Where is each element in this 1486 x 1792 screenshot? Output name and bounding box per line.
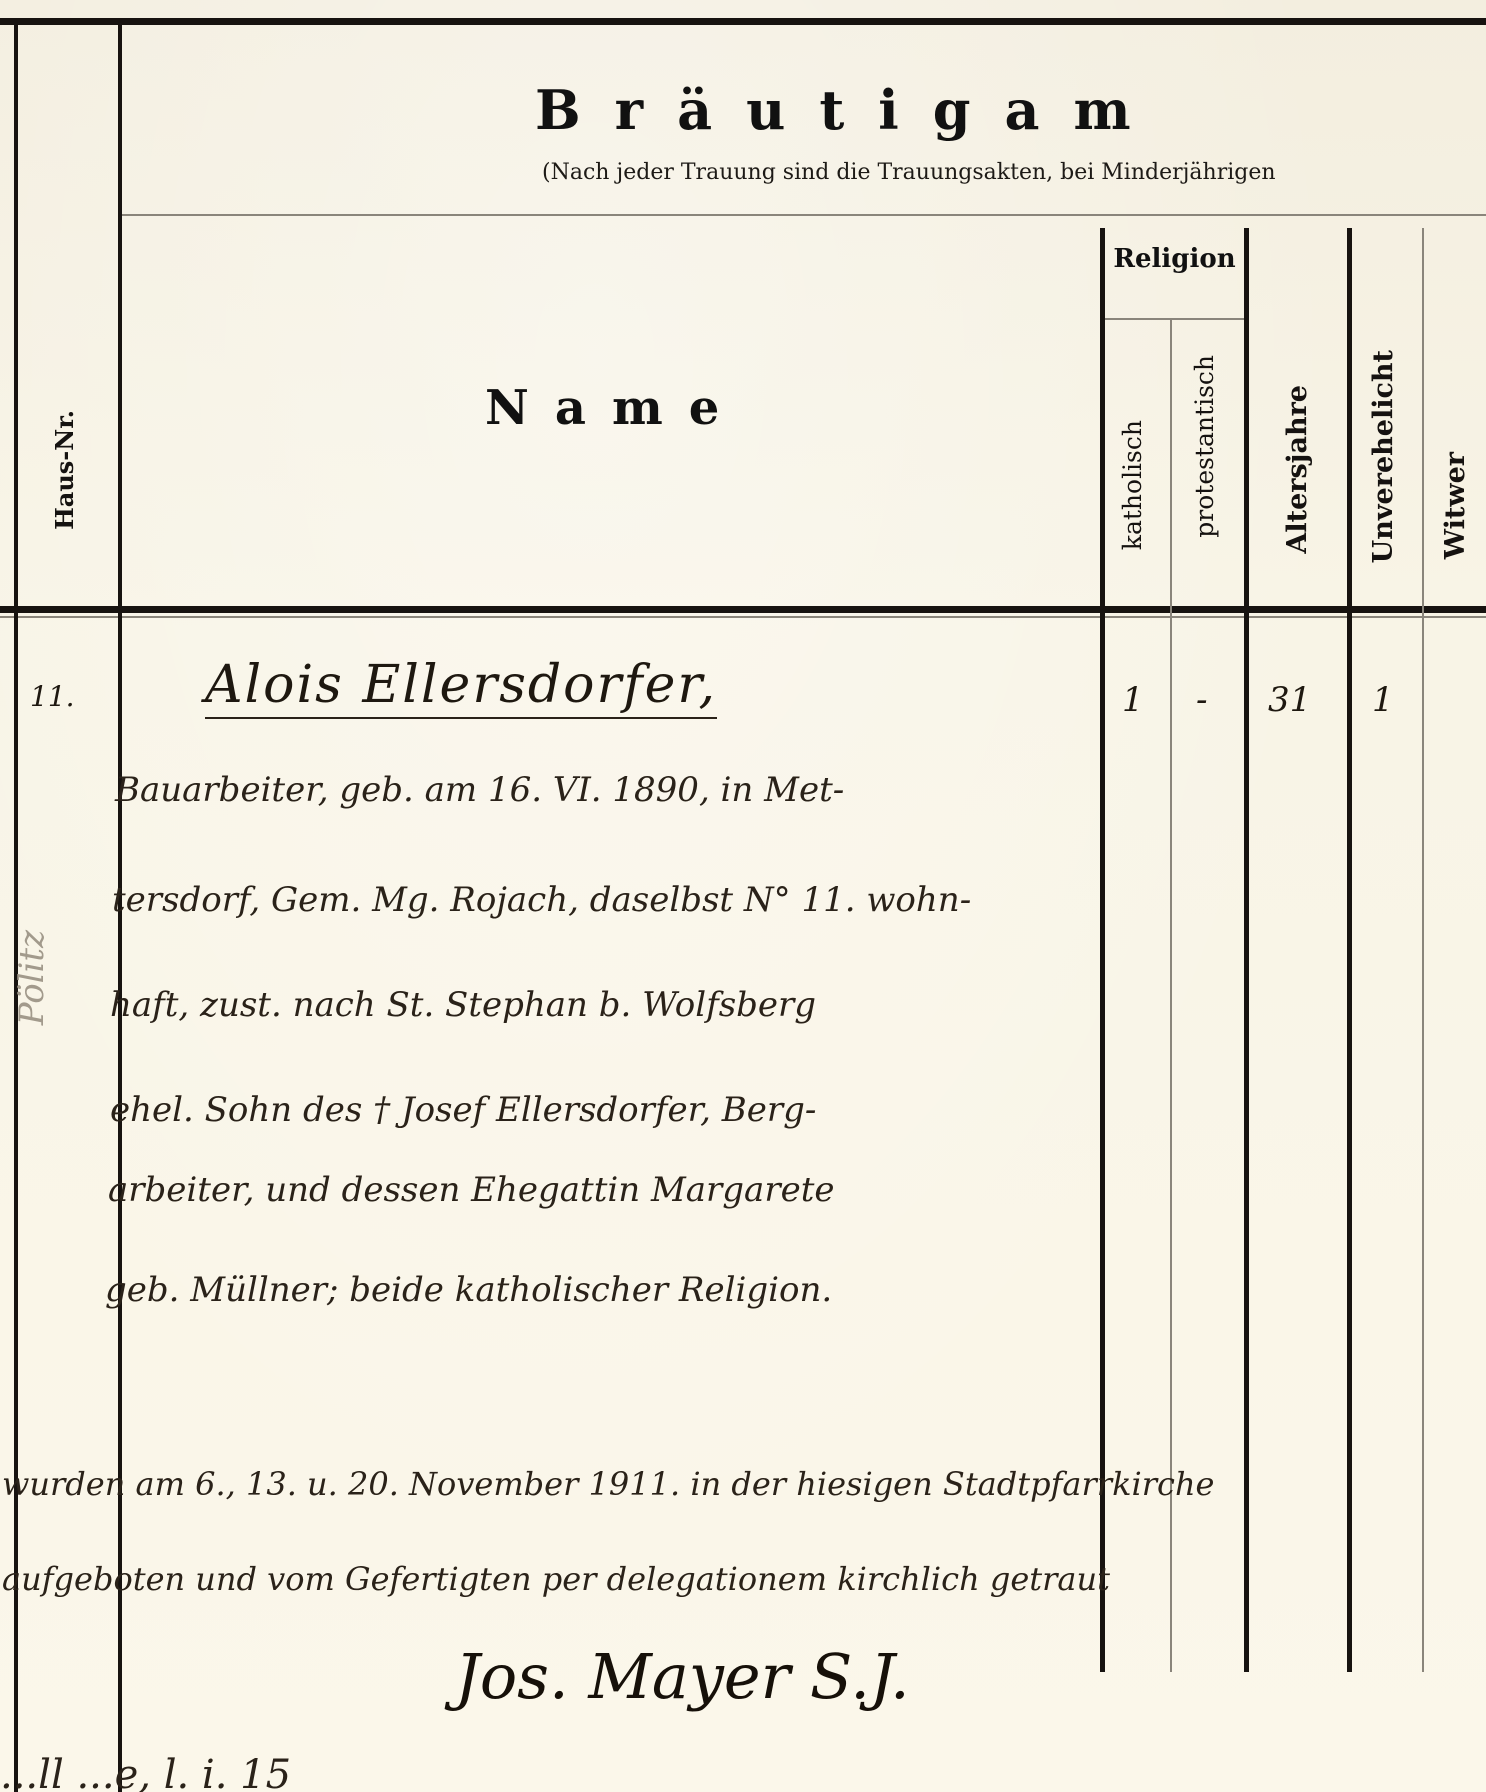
column-header-widower: Witwer [1440, 452, 1471, 559]
top-border-rule [0, 18, 1486, 25]
column-header-age: Altersjahre [1282, 385, 1313, 554]
trailing-scribble: ...ll ...e, l. i. 15 [0, 1752, 291, 1792]
house-number-value: 11. [30, 680, 75, 713]
section-title: Bräutigam [535, 78, 1165, 142]
left-border-rule [14, 25, 18, 1792]
groom-detail-line: Bauarbeiter, geb. am 16. VI. 1890, in Me… [115, 770, 844, 810]
unmarried-widower-rule [1422, 228, 1424, 1672]
groom-name: Alois Ellersdorfer, [205, 655, 717, 719]
groom-detail-line: tersdorf, Gem. Mg. Rojach, daselbst N° 1… [112, 880, 971, 920]
banns-note-line: aufgeboten und vom Gefertigten per deleg… [2, 1560, 1110, 1598]
religion-left-rule [1100, 228, 1105, 1672]
priest-signature: Jos. Mayer S.J. [455, 1640, 910, 1713]
groom-detail-line: ehel. Sohn des † Josef Ellersdorfer, Ber… [110, 1090, 816, 1130]
religion-right-rule [1244, 228, 1249, 1672]
age-right-rule [1347, 228, 1352, 1672]
column-header-house-no: Haus-Nr. [50, 410, 79, 530]
margin-pencil-note: Pölitz [12, 930, 52, 1025]
header-bottom-rule [0, 606, 1486, 613]
header-bottom-shadow-rule [0, 616, 1486, 618]
groom-detail-line: haft, zust. nach St. Stephan b. Wolfsber… [110, 985, 816, 1025]
column-header-name: Name [485, 380, 745, 436]
catholic-value: 1 [1122, 680, 1144, 720]
unmarried-value: 1 [1372, 680, 1394, 720]
age-value: 31 [1268, 680, 1311, 720]
column-header-protestant: protestantisch [1190, 355, 1219, 538]
groom-detail-line: geb. Müllner; beide katholischer Religio… [105, 1270, 832, 1310]
column-header-catholic: katholisch [1118, 420, 1147, 550]
religion-subdivider-rule [1103, 318, 1246, 320]
banns-note-line: wurden am 6., 13. u. 20. November 1911. … [2, 1465, 1214, 1503]
column-header-unmarried: Unverehelicht [1368, 350, 1399, 563]
column-header-religion: Religion [1103, 244, 1246, 274]
header-divider-rule [120, 214, 1486, 216]
groom-detail-line: arbeiter, und dessen Ehegattin Margarete [108, 1170, 834, 1210]
protestant-value: - [1196, 680, 1208, 720]
section-subtitle: (Nach jeder Trauung sind die Trauungsakt… [542, 160, 1276, 185]
